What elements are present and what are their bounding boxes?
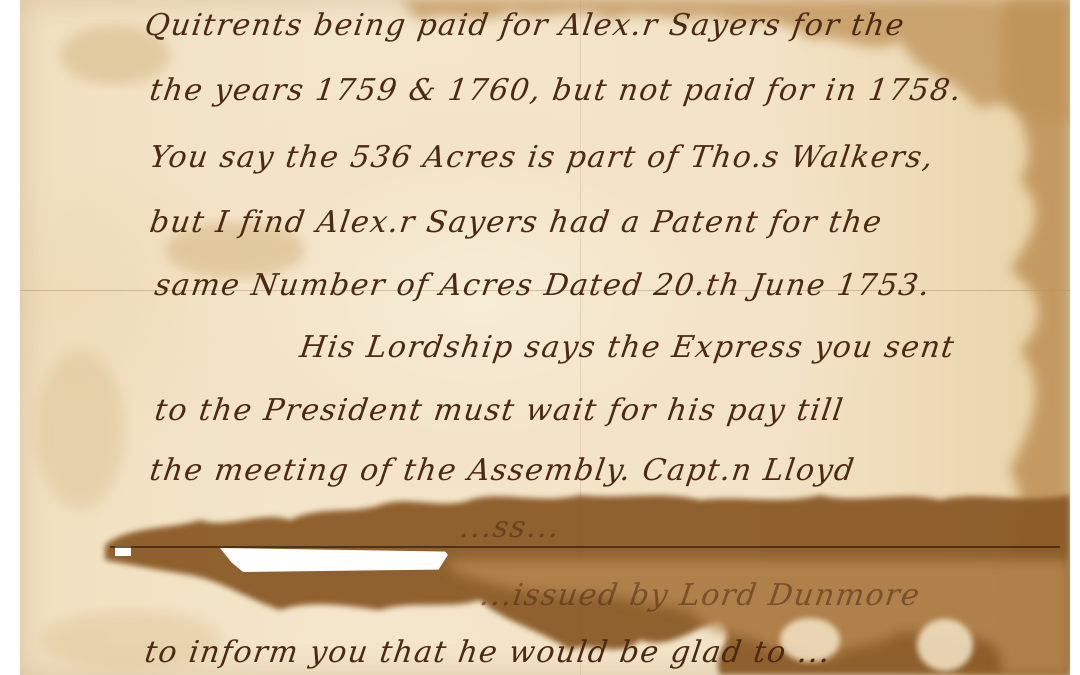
letter-line-3: You say the 536 Acres is part of Tho.s W… [148,140,937,175]
letter-line-7: to the President must wait for his pay t… [153,393,847,428]
letter-line-4: but I find Alex.r Sayers had a Patent fo… [148,205,885,240]
letter-line-9: ...ss... [458,510,563,545]
letter-line-10: ...issued by Lord Dunmore [478,578,923,613]
letter-line-1: Quitrents being paid for Alex.r Sayers f… [143,8,908,43]
letter-line-2: the years 1759 & 1760, but not paid for … [148,73,965,108]
crease-line [110,546,1060,548]
letter-line-8: the meeting of the Assembly. Capt.n Lloy… [148,453,858,488]
letter-line-5: same Number of Acres Dated 20.th June 17… [153,268,933,303]
letter-page: Quitrents being paid for Alex.r Sayers f… [20,0,1070,675]
tear-hole [220,548,450,572]
letter-line-6: His Lordship says the Express you sent [298,330,958,365]
letter-line-11: to inform you that he would be glad to .… [143,635,834,670]
